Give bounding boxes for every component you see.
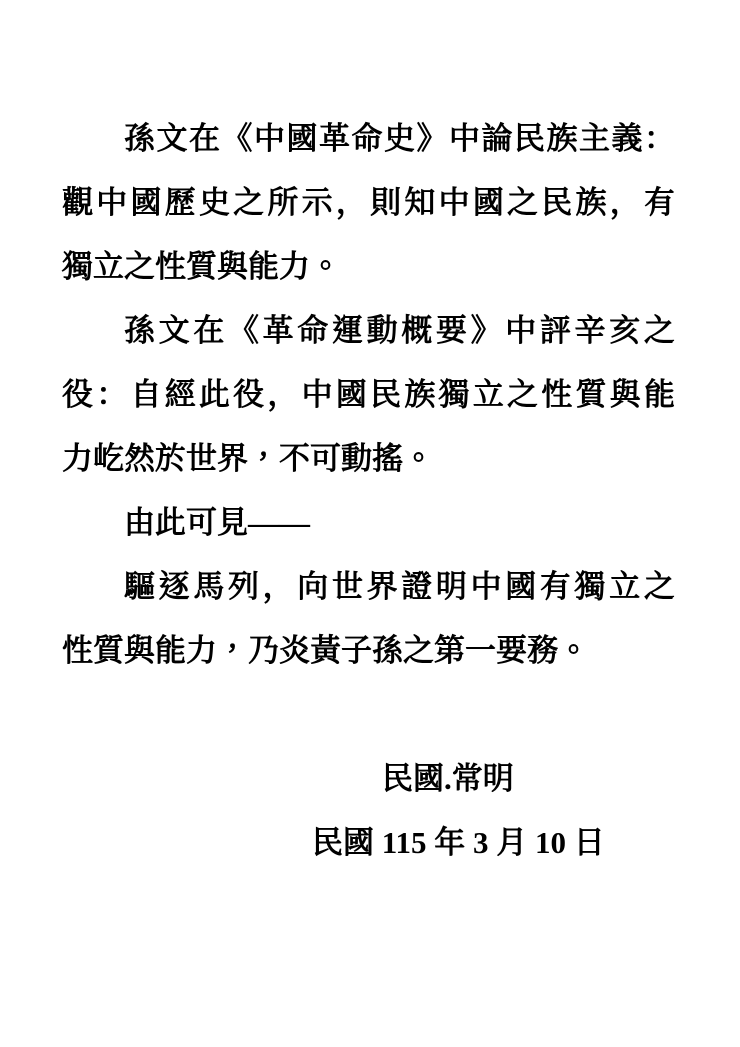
signature-line: 民國.常明 [62,747,675,811]
document-page: 孫文在《中國革命史》中論民族主義： 觀中國歷史之所示，則知中國之民族，有 獨立之… [0,0,740,1047]
doc-line-1: 孫文在《中國革命史》中論民族主義： [62,107,675,171]
doc-line-2: 觀中國歷史之所示，則知中國之民族，有 [62,171,675,235]
doc-line-8: 驅逐馬列，向世界證明中國有獨立之 [62,555,675,619]
doc-line-9: 性質與能力，乃炎黃子孫之第一要務。 [62,619,675,683]
doc-line-6: 力屹然於世界，不可動搖。 [62,427,675,491]
doc-line-4: 孫文在《革命運動概要》中評辛亥之 [62,299,675,363]
doc-line-3: 獨立之性質與能力。 [62,235,675,299]
blank-line [62,683,675,747]
document-body: 孫文在《中國革命史》中論民族主義： 觀中國歷史之所示，則知中國之民族，有 獨立之… [62,107,675,875]
doc-line-7: 由此可見—— [62,491,675,555]
date-line: 民國 115 年 3 月 10 日 [62,811,675,875]
doc-line-5: 役：自經此役，中國民族獨立之性質與能 [62,363,675,427]
